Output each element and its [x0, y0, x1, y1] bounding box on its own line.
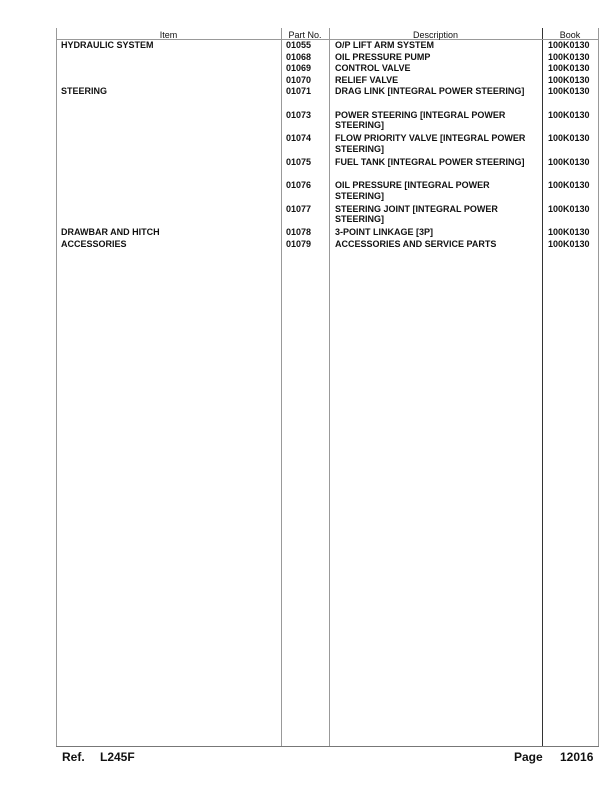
description-cell: OIL PRESSURE [INTEGRAL POWER STEERING] [335, 180, 535, 201]
header-book: Book [542, 30, 598, 40]
book-cell: 100K0130 [548, 180, 590, 191]
header-part-no: Part No. [281, 30, 329, 40]
part-no-cell: 01071 [286, 86, 311, 97]
book-cell: 100K0130 [548, 133, 590, 144]
part-no-cell: 01079 [286, 239, 311, 250]
part-no-cell: 01074 [286, 133, 311, 144]
description-cell: 3-POINT LINKAGE [3P] [335, 227, 535, 238]
book-cell: 100K0130 [548, 75, 590, 86]
book-cell: 100K0130 [548, 52, 590, 63]
description-cell: O/P LIFT ARM SYSTEM [335, 40, 535, 51]
divider [281, 28, 282, 747]
part-no-cell: 01068 [286, 52, 311, 63]
part-no-cell: 01069 [286, 63, 311, 74]
description-cell: FUEL TANK [INTEGRAL POWER STEERING] [335, 157, 535, 168]
item-cell: STEERING [61, 86, 107, 97]
part-no-cell: 01070 [286, 75, 311, 86]
description-cell: OIL PRESSURE PUMP [335, 52, 535, 63]
item-cell: ACCESSORIES [61, 239, 127, 250]
header-description: Description [329, 30, 542, 40]
header-item: Item [56, 30, 281, 40]
part-no-cell: 01078 [286, 227, 311, 238]
book-cell: 100K0130 [548, 86, 590, 97]
book-cell: 100K0130 [548, 110, 590, 121]
ref-value: L245F [100, 750, 135, 764]
part-no-cell: 01073 [286, 110, 311, 121]
description-cell: CONTROL VALVE [335, 63, 535, 74]
description-cell: POWER STEERING [INTEGRAL POWER STEERING] [335, 110, 535, 131]
divider [598, 28, 599, 747]
book-cell: 100K0130 [548, 63, 590, 74]
description-cell: ACCESSORIES AND SERVICE PARTS [335, 239, 535, 250]
part-no-cell: 01077 [286, 204, 311, 215]
part-no-cell: 01075 [286, 157, 311, 168]
book-cell: 100K0130 [548, 227, 590, 238]
ref-label: Ref. [62, 750, 85, 764]
parts-table: Item Part No. Description Book HYDRAULIC… [56, 28, 599, 747]
item-cell: DRAWBAR AND HITCH [61, 227, 160, 238]
page-number: 12016 [560, 750, 593, 764]
divider [329, 28, 330, 747]
description-cell: RELIEF VALVE [335, 75, 535, 86]
divider [56, 28, 57, 747]
divider [542, 28, 543, 747]
page-label: Page [514, 750, 543, 764]
description-cell: STEERING JOINT [INTEGRAL POWER STEERING] [335, 204, 535, 225]
description-cell: FLOW PRIORITY VALVE [INTEGRAL POWER STEE… [335, 133, 535, 154]
book-cell: 100K0130 [548, 157, 590, 168]
divider [56, 746, 599, 747]
description-cell: DRAG LINK [INTEGRAL POWER STEERING] [335, 86, 535, 97]
item-cell: HYDRAULIC SYSTEM [61, 40, 154, 51]
book-cell: 100K0130 [548, 239, 590, 250]
part-no-cell: 01055 [286, 40, 311, 51]
book-cell: 100K0130 [548, 40, 590, 51]
book-cell: 100K0130 [548, 204, 590, 215]
part-no-cell: 01076 [286, 180, 311, 191]
